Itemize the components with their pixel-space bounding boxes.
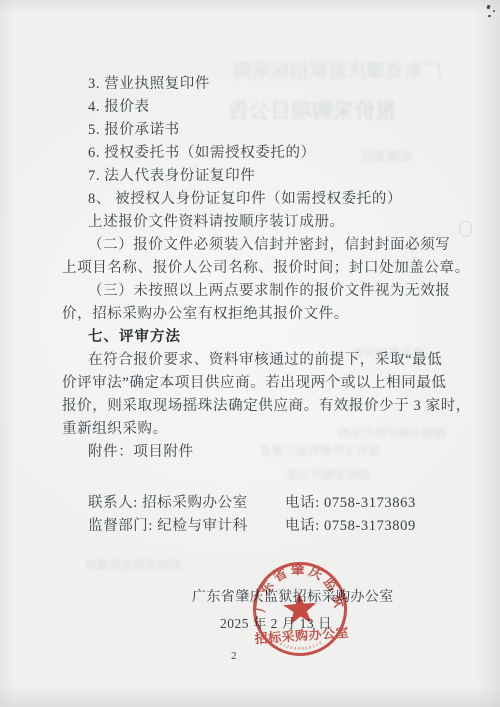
scan-speck <box>493 10 495 12</box>
seal-star <box>282 591 317 625</box>
contact-block: 联系人: 招标采购办公室 电话: 0758-3173863 监督部门: 纪检与审… <box>88 492 448 538</box>
doc-line: 4. 报价表 <box>62 96 442 119</box>
contact-phone: 电话: 0758-3173863 <box>285 492 416 515</box>
bleedthrough-line: 招标采购文件通知 <box>85 556 181 573</box>
doc-line: 重新组织采购。 <box>62 418 442 441</box>
doc-line: 在符合报价要求、资料审核通过的前提下，采取“最低 <box>62 349 442 372</box>
contact-row: 联系人: 招标采购办公室 电话: 0758-3173863 <box>88 492 448 515</box>
contact-row: 监督部门: 纪检与审计科 电话: 0758-3173809 <box>88 515 448 538</box>
doc-line: 价评审法”确定本项目供应商。若出现两个或以上相同最低 <box>62 372 442 395</box>
scan-speck <box>486 5 490 10</box>
doc-line: 上项目名称、报价人公司名称、报价时间；封口处加盖公章。 <box>62 257 442 280</box>
doc-line: 7. 法人代表身份证复印件 <box>62 165 442 188</box>
doc-line: 3. 营业执照复印件 <box>62 73 442 96</box>
contact-label: 监督部门: 纪检与审计科 <box>88 518 248 534</box>
bleedthrough-line: 招标采购办公室 <box>286 466 370 483</box>
contact-label: 联系人: 招标采购办公室 <box>88 495 248 511</box>
doc-line: 6. 授权委托书（如需授权委托的） <box>62 142 442 165</box>
scan-smudge <box>459 221 472 237</box>
doc-line: 价，招标采购办公室有权拒绝其报价文件。 <box>62 303 442 326</box>
scan-speck <box>488 15 491 18</box>
doc-line: 8、 被授权人身份证复印件（如需授权委托的） <box>62 188 442 211</box>
seal-banner-text: 招标采购办公室 <box>254 625 349 647</box>
official-seal: 广东省肇庆监狱 招标采购办公室 4412040060318 <box>247 556 354 663</box>
contact-phone: 电话: 0758-3173809 <box>285 515 416 538</box>
section-heading: 七、评审方法 <box>62 326 442 349</box>
page-number: 2 <box>231 650 237 662</box>
doc-line: 上述报价文件资料请按顺序装订成册。 <box>62 211 442 234</box>
doc-line: （三）未按照以上两点要求制作的报价文件视为无效报 <box>62 280 442 303</box>
doc-line: （二）报价文件必须装入信封并密封，信封封面必须写 <box>62 234 442 257</box>
doc-line: 5. 报价承诺书 <box>62 119 442 142</box>
document-body: 3. 营业执照复印件 4. 报价表 5. 报价承诺书 6. 授权委托书（如需授权… <box>62 73 442 464</box>
doc-line: 报价，则采取现场摇珠法确定供应商。有效报价少于 3 家时， <box>62 395 442 418</box>
attachment-line: 附件：项目附件 <box>62 441 442 464</box>
scanned-document-page: 广东省肇庆监狱招标采购 报价采购项目公告 如需委托 有关事项说明 按相关规定执行… <box>0 0 500 707</box>
